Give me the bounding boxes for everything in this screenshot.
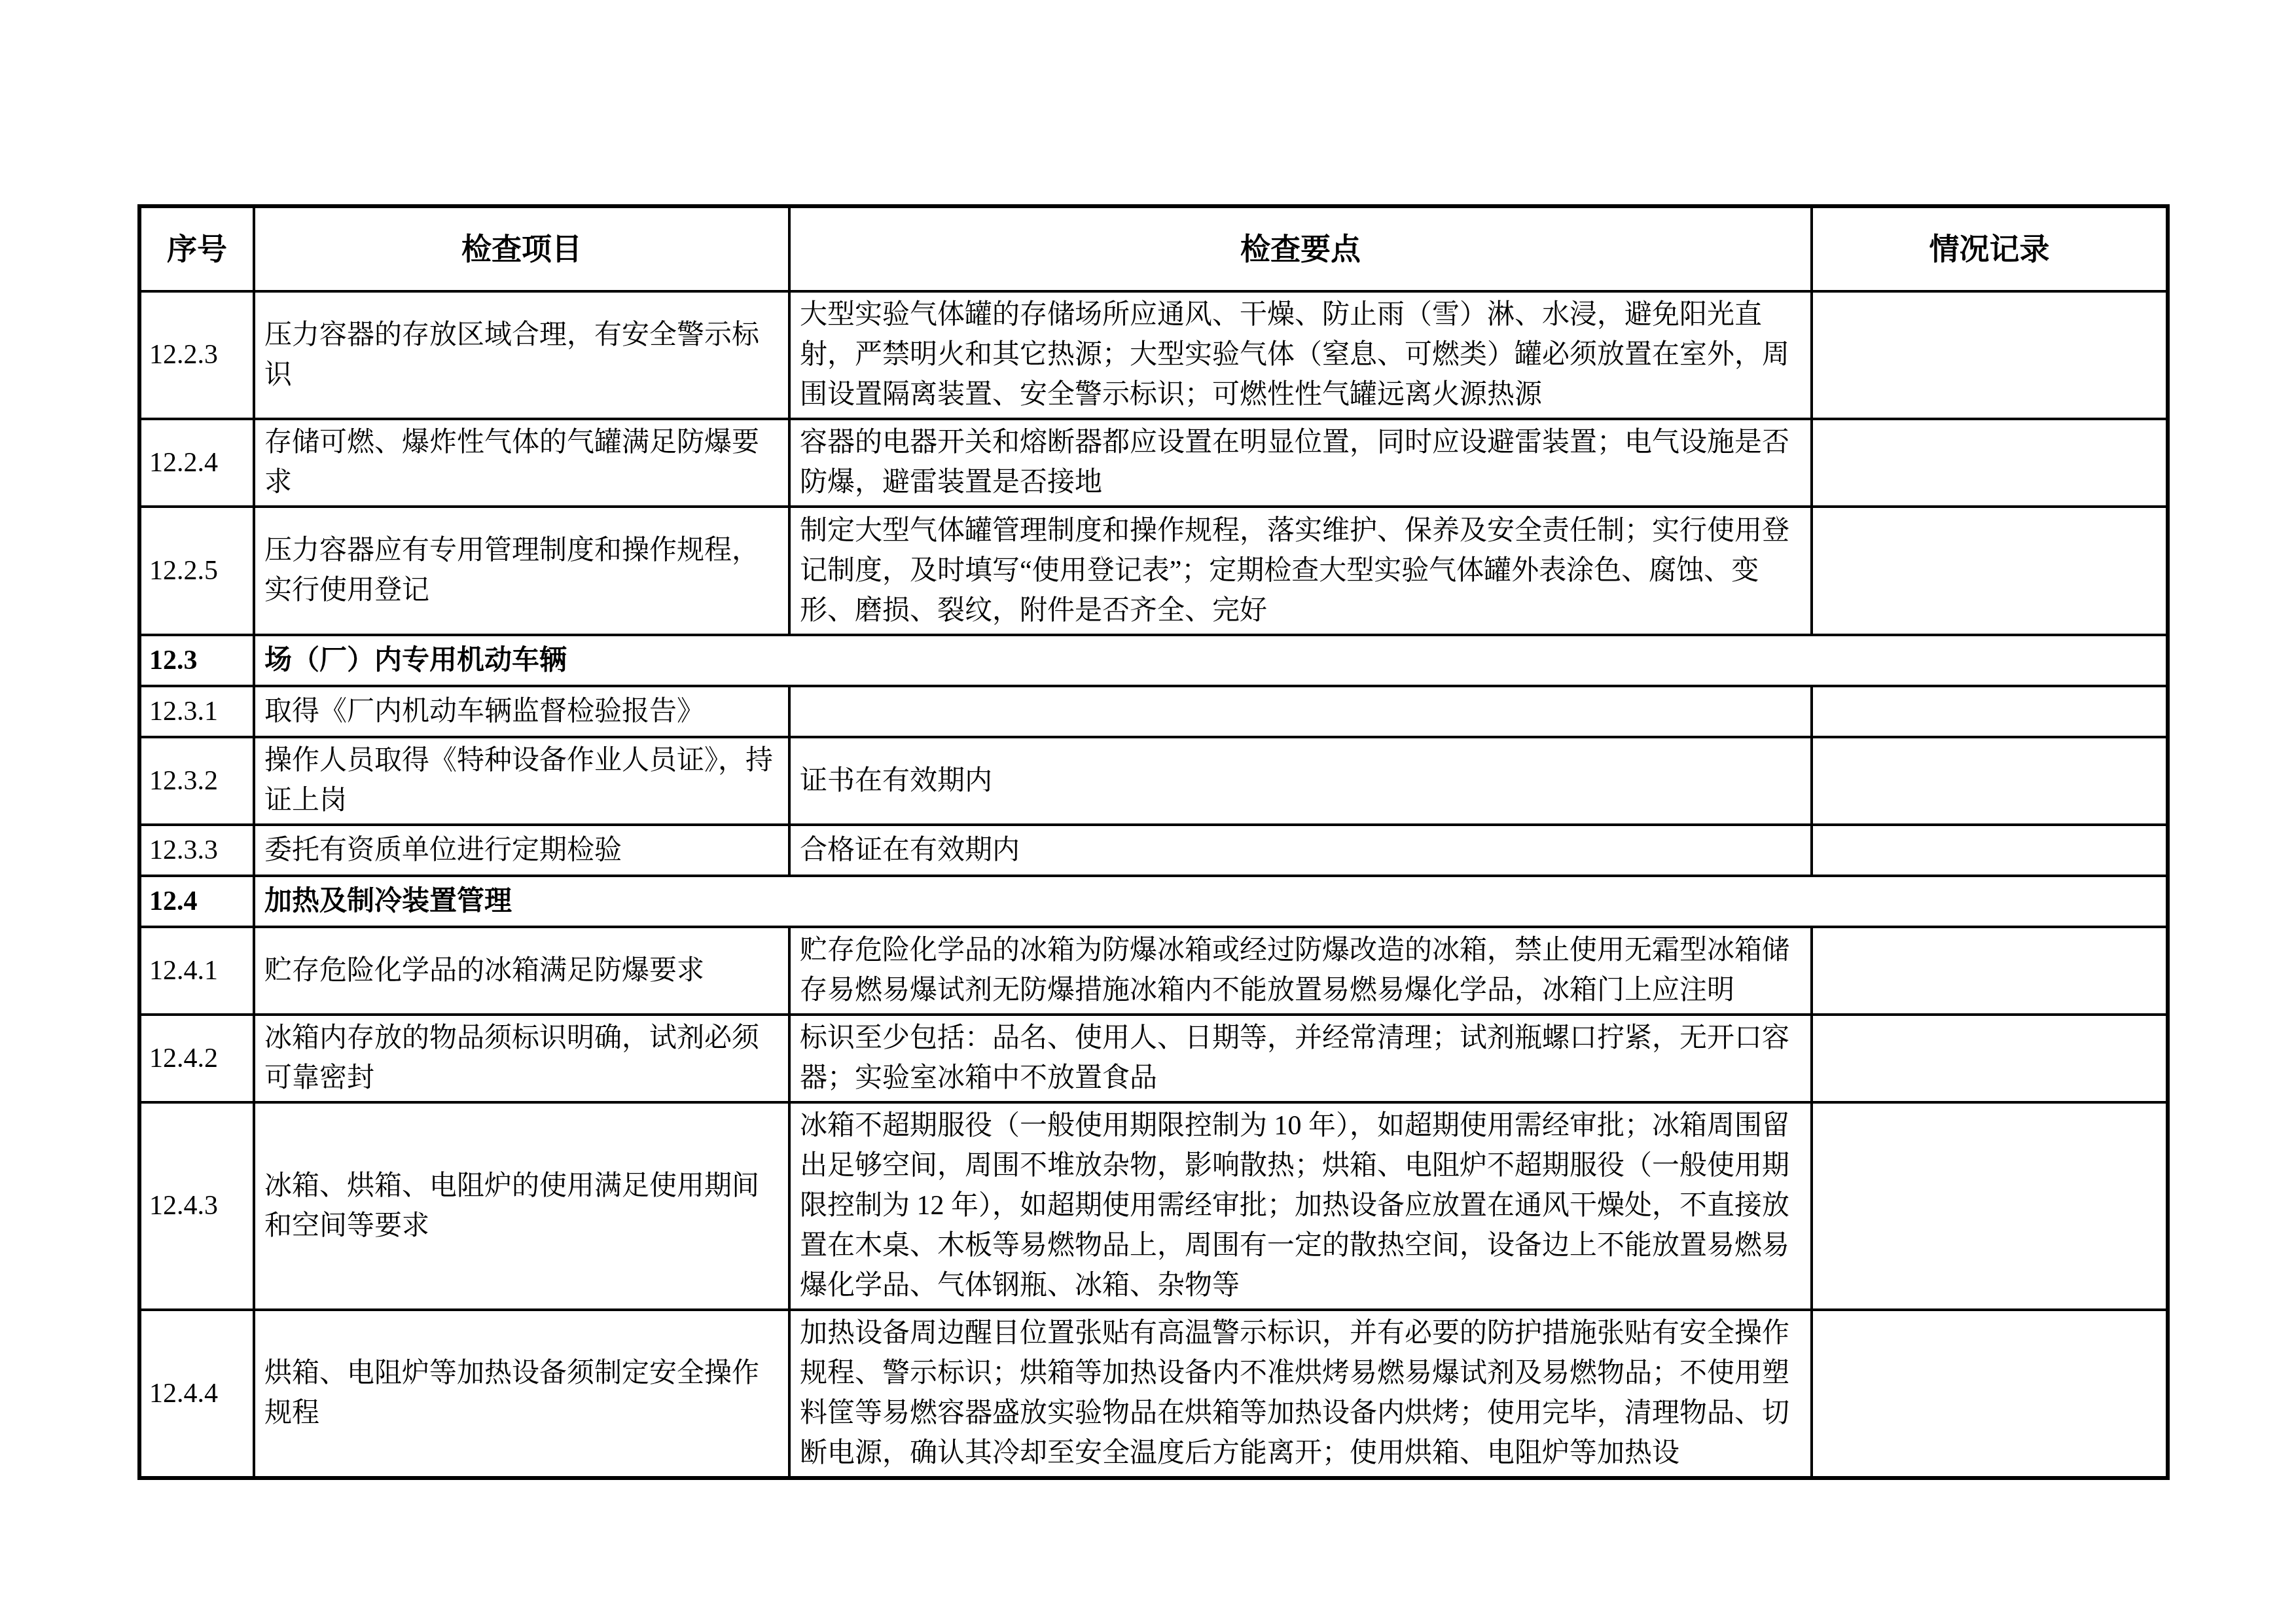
row-number-cell: 12.4.1 bbox=[139, 927, 254, 1015]
table-body: 12.2.3压力容器的存放区域合理，有安全警示标识大型实验气体罐的存储场所应通风… bbox=[139, 291, 2168, 1478]
item-cell: 委托有资质单位进行定期检验 bbox=[254, 825, 789, 876]
point-cell: 贮存危险化学品的冰箱为防爆冰箱或经过防爆改造的冰箱，禁止使用无霜型冰箱储存易燃易… bbox=[789, 927, 1812, 1015]
row-number-cell: 12.4 bbox=[139, 876, 254, 927]
table-row: 12.4.2冰箱内存放的物品须标识明确，试剂必须可靠密封标识至少包括：品名、使用… bbox=[139, 1015, 2168, 1102]
row-number-cell: 12.3.1 bbox=[139, 686, 254, 737]
item-cell: 贮存危险化学品的冰箱满足防爆要求 bbox=[254, 927, 789, 1015]
item-cell: 冰箱内存放的物品须标识明确，试剂必须可靠密封 bbox=[254, 1015, 789, 1102]
item-cell: 冰箱、烘箱、电阻炉的使用满足使用期间和空间等要求 bbox=[254, 1102, 789, 1310]
record-cell bbox=[1812, 1310, 2168, 1478]
item-cell: 存储可燃、爆炸性气体的气罐满足防爆要求 bbox=[254, 419, 789, 507]
row-number-cell: 12.2.4 bbox=[139, 419, 254, 507]
section-row: 12.4加热及制冷装置管理 bbox=[139, 876, 2168, 927]
point-cell: 容器的电器开关和熔断器都应设置在明显位置，同时应设避雷装置；电气设施是否防爆，避… bbox=[789, 419, 1812, 507]
table-row: 12.3.2操作人员取得《特种设备作业人员证》，持证上岗证书在有效期内 bbox=[139, 737, 2168, 825]
header-no: 序号 bbox=[139, 206, 254, 291]
point-cell: 冰箱不超期服役（一般使用期限控制为 10 年），如超期使用需经审批；冰箱周围留出… bbox=[789, 1102, 1812, 1310]
record-cell bbox=[1812, 737, 2168, 825]
header-point: 检查要点 bbox=[789, 206, 1812, 291]
point-cell: 制定大型气体罐管理制度和操作规程，落实维护、保养及安全责任制；实行使用登记制度，… bbox=[789, 507, 1812, 635]
item-cell: 取得《厂内机动车辆监督检验报告》 bbox=[254, 686, 789, 737]
table-row: 12.2.4存储可燃、爆炸性气体的气罐满足防爆要求容器的电器开关和熔断器都应设置… bbox=[139, 419, 2168, 507]
record-cell bbox=[1812, 927, 2168, 1015]
section-title-cell: 场（厂）内专用机动车辆 bbox=[254, 635, 2168, 686]
point-cell: 加热设备周边醒目位置张贴有高温警示标识，并有必要的防护措施张贴有安全操作规程、警… bbox=[789, 1310, 1812, 1478]
point-cell: 证书在有效期内 bbox=[789, 737, 1812, 825]
record-cell bbox=[1812, 1102, 2168, 1310]
table-header-row: 序号 检查项目 检查要点 情况记录 bbox=[139, 206, 2168, 291]
point-cell: 合格证在有效期内 bbox=[789, 825, 1812, 876]
item-cell: 操作人员取得《特种设备作业人员证》，持证上岗 bbox=[254, 737, 789, 825]
table-row: 12.2.5压力容器应有专用管理制度和操作规程，实行使用登记制定大型气体罐管理制… bbox=[139, 507, 2168, 635]
item-cell: 烘箱、电阻炉等加热设备须制定安全操作规程 bbox=[254, 1310, 789, 1478]
section-row: 12.3场（厂）内专用机动车辆 bbox=[139, 635, 2168, 686]
table-row: 12.4.1贮存危险化学品的冰箱满足防爆要求贮存危险化学品的冰箱为防爆冰箱或经过… bbox=[139, 927, 2168, 1015]
record-cell bbox=[1812, 686, 2168, 737]
row-number-cell: 12.3.2 bbox=[139, 737, 254, 825]
record-cell bbox=[1812, 1015, 2168, 1102]
row-number-cell: 12.4.2 bbox=[139, 1015, 254, 1102]
table-row: 12.4.4烘箱、电阻炉等加热设备须制定安全操作规程加热设备周边醒目位置张贴有高… bbox=[139, 1310, 2168, 1478]
row-number-cell: 12.2.5 bbox=[139, 507, 254, 635]
item-cell: 压力容器应有专用管理制度和操作规程，实行使用登记 bbox=[254, 507, 789, 635]
row-number-cell: 12.2.3 bbox=[139, 291, 254, 419]
header-record: 情况记录 bbox=[1812, 206, 2168, 291]
record-cell bbox=[1812, 825, 2168, 876]
row-number-cell: 12.3.3 bbox=[139, 825, 254, 876]
row-number-cell: 12.4.4 bbox=[139, 1310, 254, 1478]
section-title-cell: 加热及制冷装置管理 bbox=[254, 876, 2168, 927]
table-row: 12.3.3委托有资质单位进行定期检验合格证在有效期内 bbox=[139, 825, 2168, 876]
row-number-cell: 12.3 bbox=[139, 635, 254, 686]
point-cell: 标识至少包括：品名、使用人、日期等，并经常清理；试剂瓶螺口拧紧，无开口容器；实验… bbox=[789, 1015, 1812, 1102]
record-cell bbox=[1812, 507, 2168, 635]
table-row: 12.4.3冰箱、烘箱、电阻炉的使用满足使用期间和空间等要求冰箱不超期服役（一般… bbox=[139, 1102, 2168, 1310]
row-number-cell: 12.4.3 bbox=[139, 1102, 254, 1310]
inspection-checklist-table: 序号 检查项目 检查要点 情况记录 12.2.3压力容器的存放区域合理，有安全警… bbox=[137, 204, 2170, 1480]
point-cell: 大型实验气体罐的存储场所应通风、干燥、防止雨（雪）淋、水浸，避免阳光直射，严禁明… bbox=[789, 291, 1812, 419]
item-cell: 压力容器的存放区域合理，有安全警示标识 bbox=[254, 291, 789, 419]
header-item: 检查项目 bbox=[254, 206, 789, 291]
point-cell bbox=[789, 686, 1812, 737]
table-row: 12.2.3压力容器的存放区域合理，有安全警示标识大型实验气体罐的存储场所应通风… bbox=[139, 291, 2168, 419]
record-cell bbox=[1812, 291, 2168, 419]
table-row: 12.3.1取得《厂内机动车辆监督检验报告》 bbox=[139, 686, 2168, 737]
record-cell bbox=[1812, 419, 2168, 507]
